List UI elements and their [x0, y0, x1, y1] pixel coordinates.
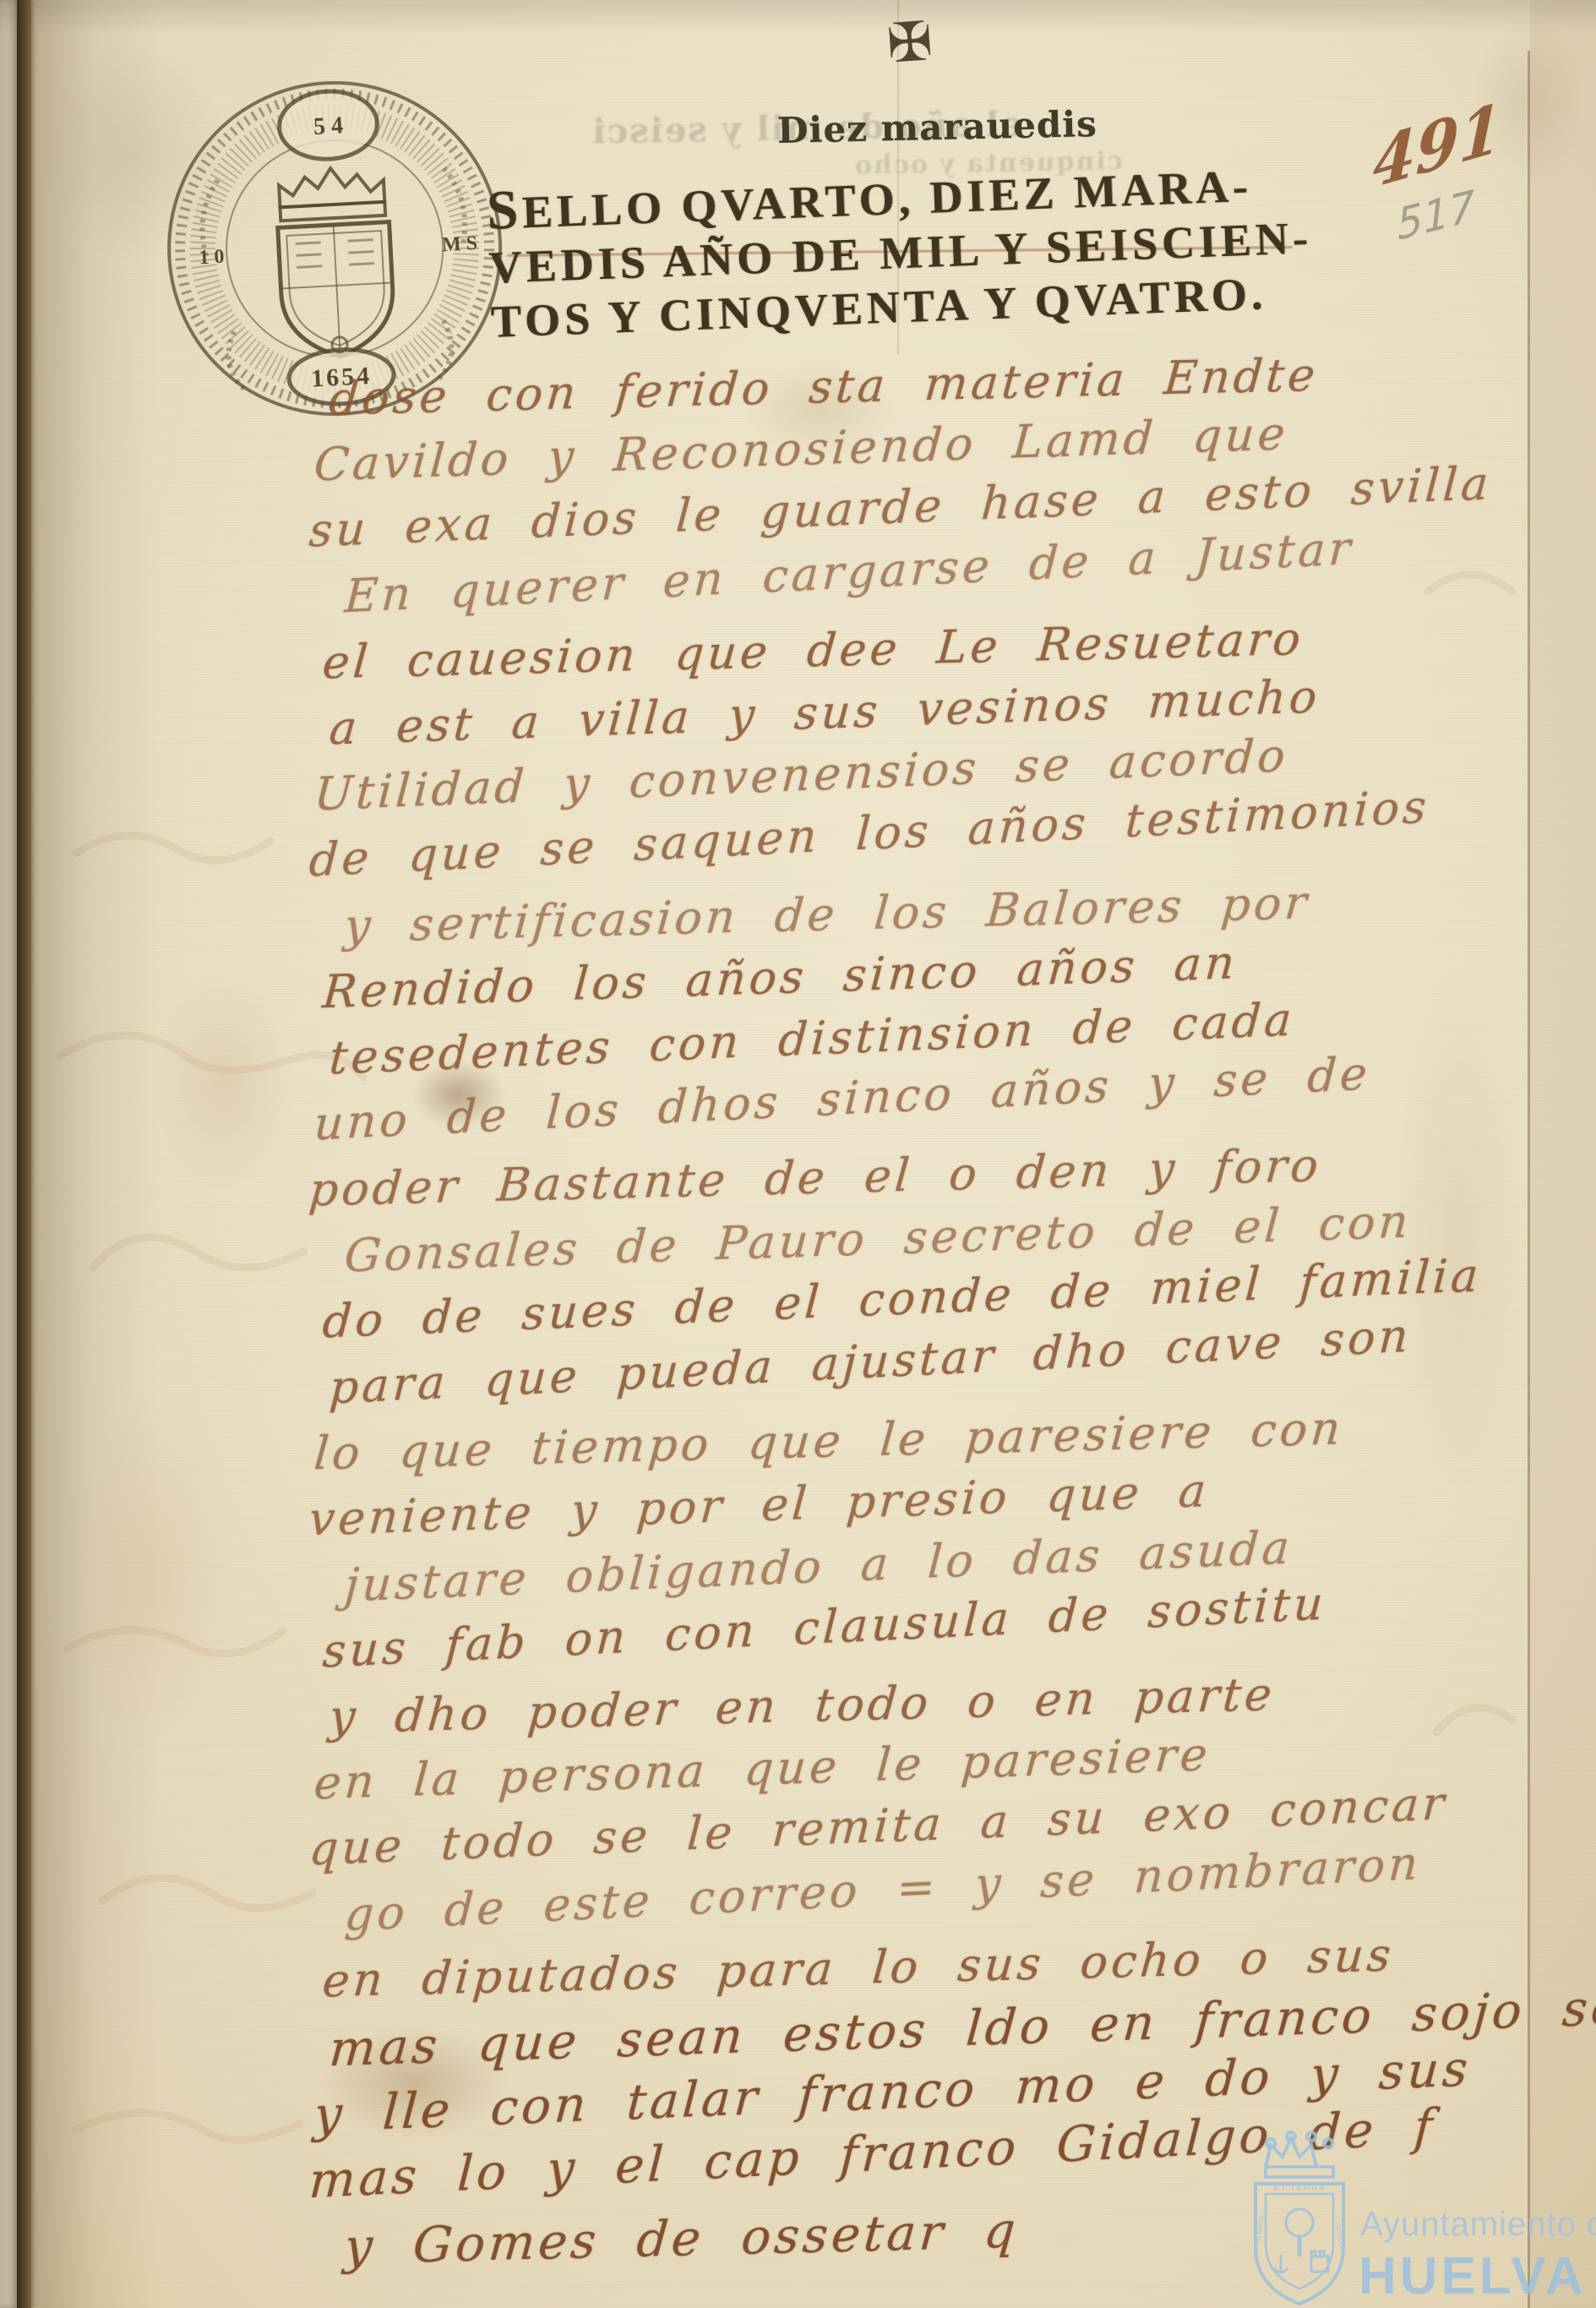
seal-left-value: 1 0 [199, 246, 225, 270]
seal-top-value: 5 4 [313, 112, 344, 140]
printed-seal-header: SELLO QVARTO, DIEZ MARA- VEDIS AÑO DE MI… [486, 154, 1315, 349]
manuscript-line: y Gomes de ossetar q [342, 2201, 1021, 2275]
manuscript: dose con ferido sta materia EndteCavildo… [314, 372, 1582, 2307]
tax-value-label: Diez marauedis [777, 103, 1098, 151]
underlying-page-edge [0, 0, 17, 2308]
folio-number-ink: 491 [1371, 88, 1503, 204]
show-through-stain [152, 972, 296, 1192]
seal-right-value: M S [441, 232, 477, 256]
binding-edge [17, 0, 31, 2308]
scanned-manuscript-page: ✠ 5 4 1 0 M S 1654 [0, 0, 1596, 2308]
show-through-stain [68, 1394, 237, 1749]
invocation-cross-icon: ✠ [885, 10, 934, 76]
